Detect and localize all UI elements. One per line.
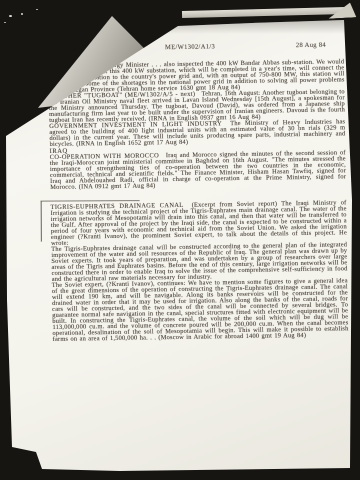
dust-speck xyxy=(4,22,6,23)
article-morocco-cooperation: CO-OPERATION WITH MOROCCO Iraq and Moroc… xyxy=(50,150,347,191)
page-edge-shadow xyxy=(0,18,360,34)
underlying-page-edge xyxy=(182,7,346,18)
dust-speck xyxy=(36,9,38,10)
article-body: The Soviet expert, (?Kranti Ivanov), con… xyxy=(52,277,349,343)
article-body: The Tigris-Euphrates drainage canal will… xyxy=(51,241,347,283)
dust-speck xyxy=(21,13,23,15)
page-content: SWB ME/W1302/A1/3 28 Aug 84 This afterno… xyxy=(48,41,349,343)
issue-date: 28 Aug 84 xyxy=(244,41,345,50)
article-tigris-canal: TIGRIS-EUPHRATES DRAINAGE CANAL (Excerpt… xyxy=(50,200,347,247)
article-tigris-figures: The Soviet expert, (?Kranti Ivanov), con… xyxy=(52,278,349,343)
dust-speck xyxy=(9,15,12,17)
scanned-page: SWB ME/W1302/A1/3 28 Aug 84 This afterno… xyxy=(0,0,360,480)
issue-reference: ME/W1302/A1/3 xyxy=(136,43,243,52)
scan-background: SWB ME/W1302/A1/3 28 Aug 84 This afterno… xyxy=(0,0,360,480)
article-tigris-plan: The Tigris-Euphrates drainage canal will… xyxy=(51,242,348,283)
article-tigris-intro: TIGRIS-EUPHRATES DRAINAGE CANAL (Excerpt… xyxy=(50,200,347,247)
